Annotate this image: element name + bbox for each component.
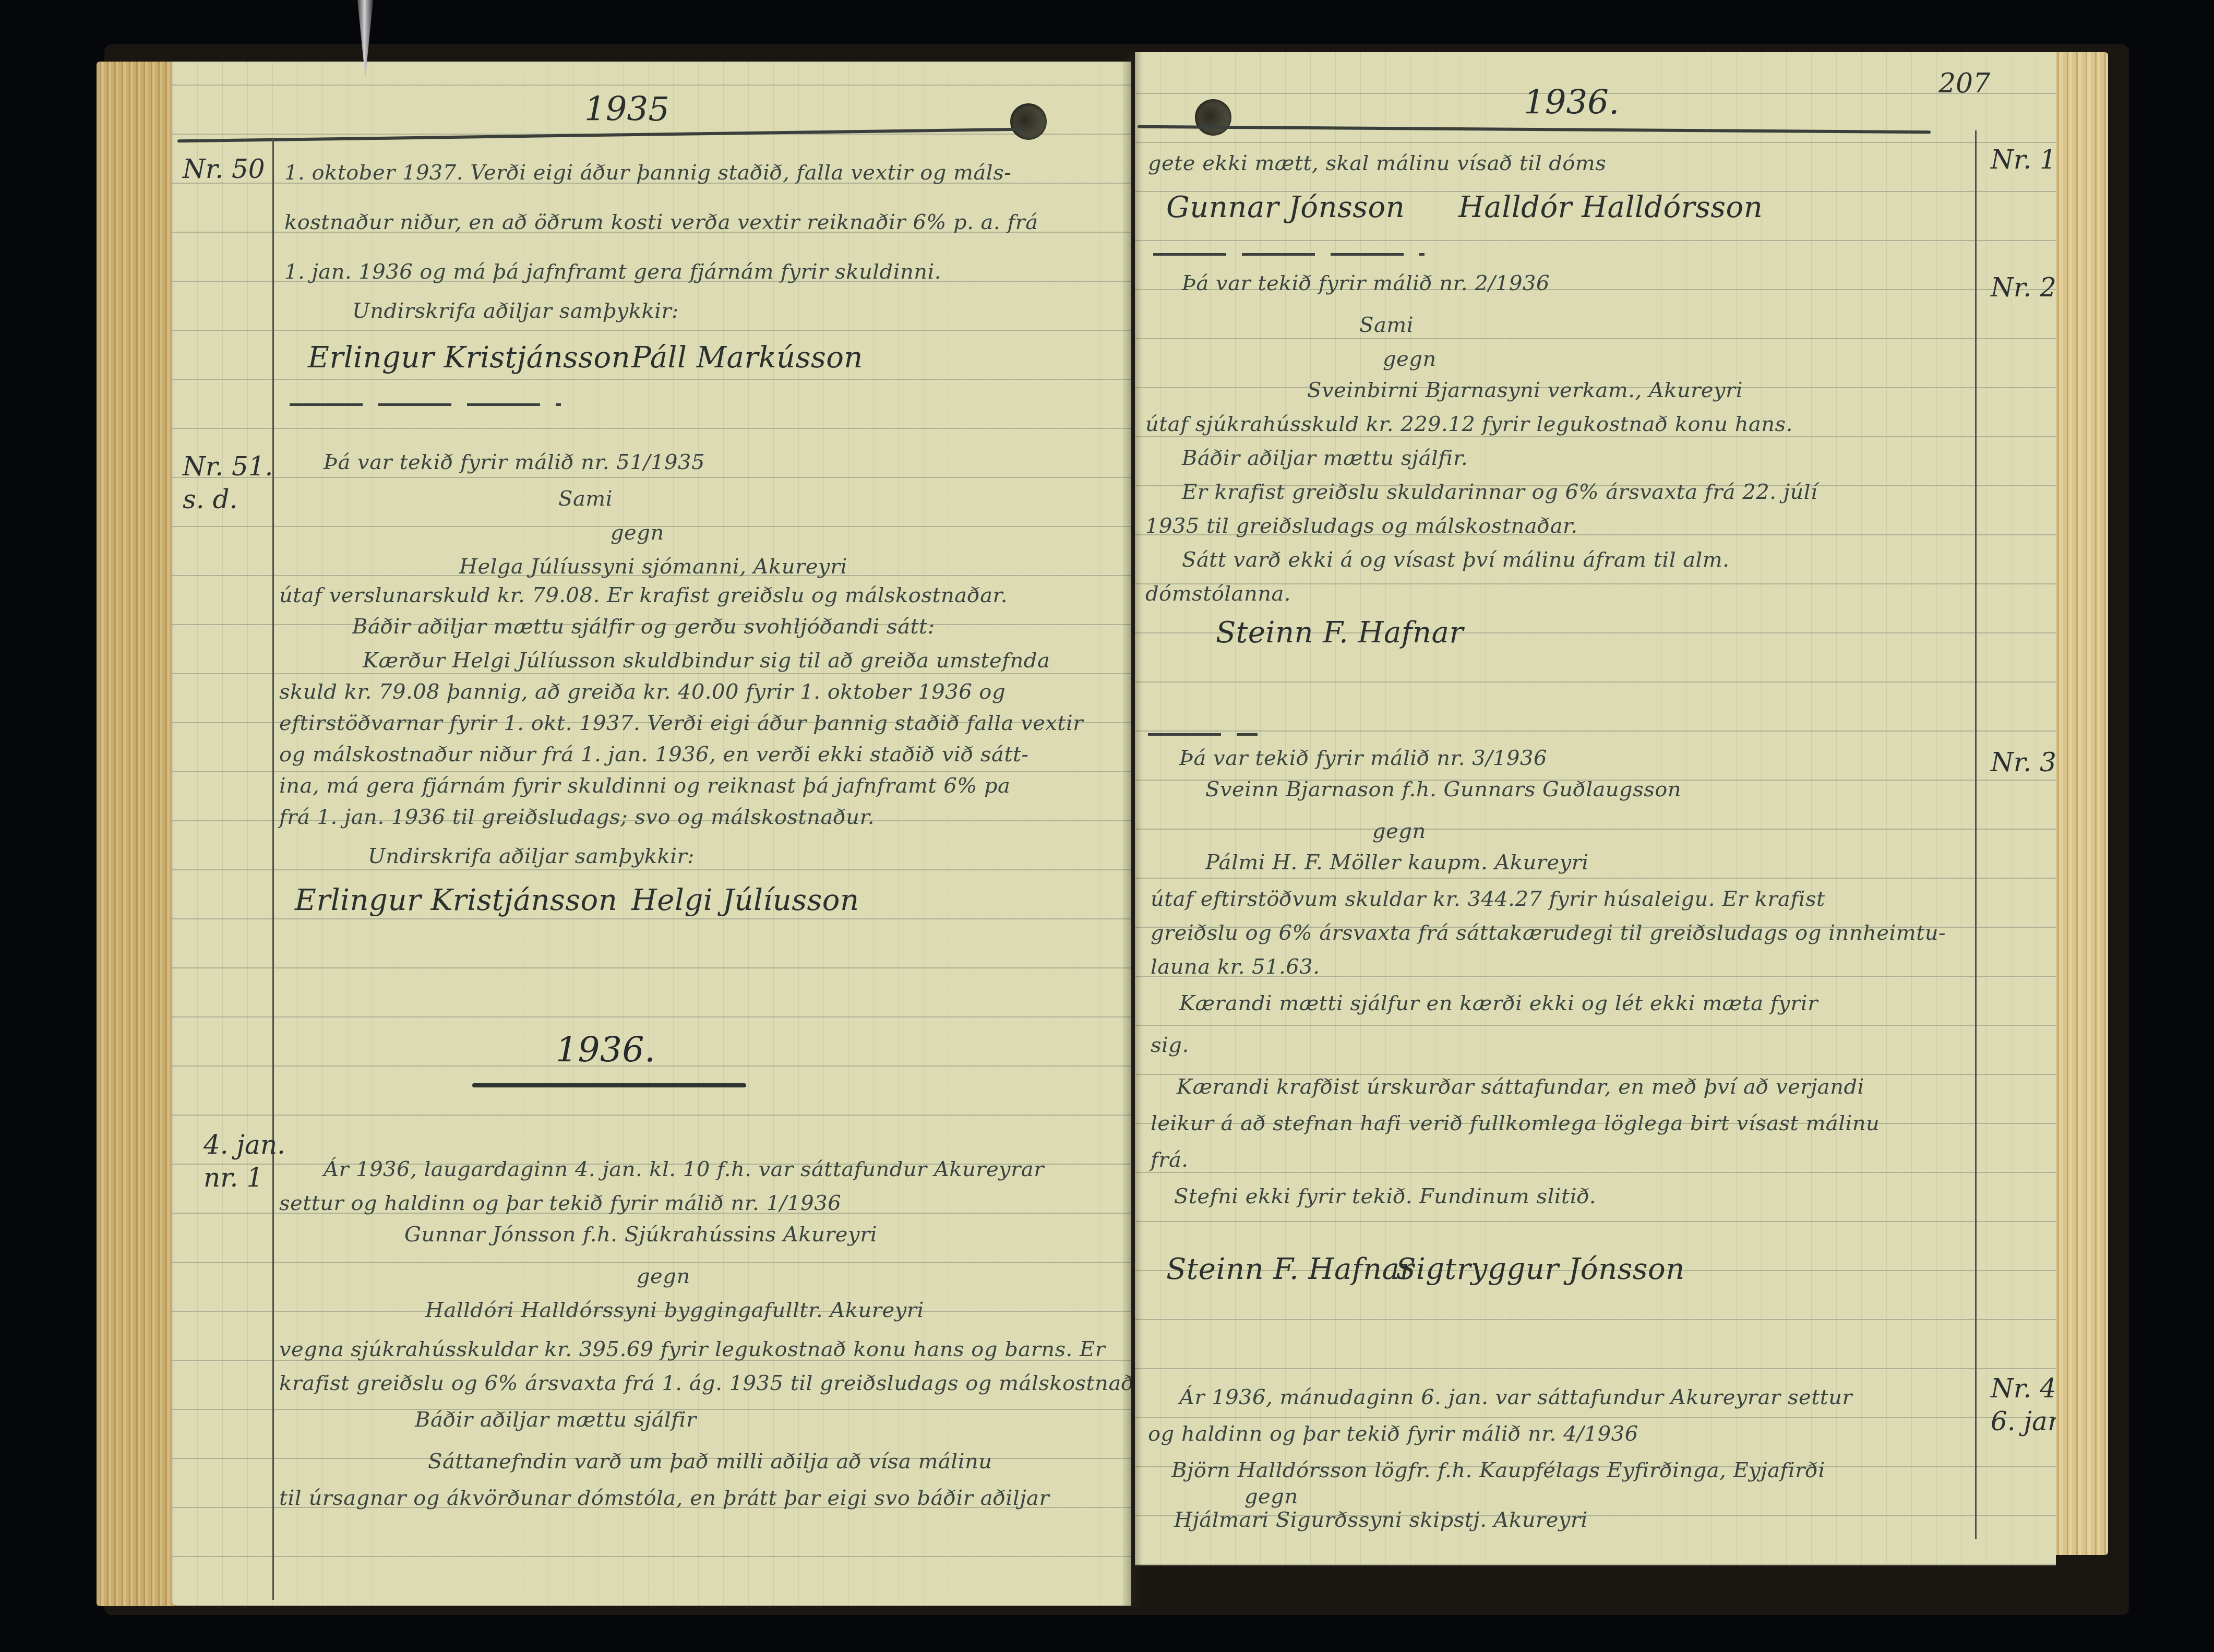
text-line: kostnaður niður, en að öðrum kosti verða… (284, 210, 1038, 234)
text-line: og málskostnaður niður frá 1. jan. 1936,… (279, 743, 1029, 767)
entry-number-50: Nr. 50 (183, 153, 265, 186)
entry-number-4: Nr. 4 6. jan (1991, 1372, 2056, 1438)
signature: Steinn F. Hafnar (1216, 616, 1464, 650)
text-line: sig. (1151, 1033, 1189, 1057)
margin-column-rule (1975, 130, 1977, 1539)
right-page: 1936. 207 Nr. 1. gete ekki mætt, skal má… (1135, 52, 2056, 1565)
text-line: Pálmi H. F. Möller kaupm. Akureyri (1205, 851, 1589, 875)
header-rule (177, 128, 1023, 143)
separator-rule (290, 403, 561, 406)
text-line: Sáttanefndin varð um það milli aðilja að… (428, 1450, 992, 1474)
text-line: skuld kr. 79.08 þannig, að greiða kr. 40… (279, 680, 1006, 704)
text-line: Báðir aðiljar mættu sjálfir og gerðu svo… (352, 615, 935, 639)
text-line: útaf eftirstöðvum skuldar kr. 344.27 fyr… (1151, 887, 1825, 911)
punch-hole (1010, 103, 1047, 140)
text-line: Sami (1359, 313, 1414, 337)
text-line: Þá var tekið fyrir málið nr. 2/1936 (1182, 271, 1550, 295)
text-line: Sveinn Bjarnason f.h. Gunnars Guðlaugsso… (1205, 777, 1681, 801)
text-line: leikur á að stefnan hafi verið fullkomle… (1151, 1111, 1880, 1135)
text-line: Kærandi krafðist úrskurðar sáttafundar, … (1177, 1075, 1864, 1099)
section-year-heading: 1936. (556, 1029, 655, 1070)
text-line: greiðslu og 6% ársvaxta frá sáttakærudeg… (1151, 921, 1946, 945)
text-line: Helga Júlíussyni sjómanni, Akureyri (459, 555, 847, 579)
separator-rule (1148, 733, 1258, 736)
text-line: Björn Halldórsson lögfr. f.h. Kaupfélags… (1171, 1458, 1825, 1482)
book-gutter (1122, 52, 1143, 1607)
text-line: Sami (558, 487, 613, 511)
text-line: Sátt varð ekki á og vísast því málinu áf… (1182, 548, 1729, 572)
text-line: Ár 1936, mánudaginn 6. jan. var sáttafun… (1179, 1385, 1852, 1409)
text-line: launa kr. 51.63. (1151, 955, 1320, 979)
text-line: Gunnar Jónsson f.h. Sjúkrahússins Akurey… (404, 1223, 877, 1247)
signature: Páll Markússon (631, 341, 863, 375)
text-line: Báðir aðiljar mættu sjálfir (415, 1408, 697, 1432)
text-line: til úrsagnar og ákvörðunar dómstóla, en … (279, 1486, 1049, 1510)
text-line: Hjálmari Sigurðssyni skipstj. Akureyri (1174, 1508, 1588, 1532)
signature: Sigtryggur Jónsson (1396, 1252, 1685, 1286)
text-line: Sveinbirni Bjarnasyni verkam., Akureyri (1307, 378, 1743, 402)
text-line: frá. (1151, 1148, 1189, 1172)
header-rule (1138, 125, 1931, 134)
text-line: krafist greiðslu og 6% ársvaxta frá 1. á… (279, 1371, 1131, 1395)
text-line: gegn (611, 521, 664, 545)
text-line: og haldinn og þar tekið fyrir málið nr. … (1148, 1422, 1638, 1446)
text-line: 1. jan. 1936 og má þá jafnframt gera fjá… (284, 260, 941, 284)
text-line: Báðir aðiljar mættu sjálfir. (1182, 446, 1468, 470)
text-line: settur og haldinn og þar tekið fyrir mál… (279, 1191, 841, 1215)
text-line: útaf sjúkrahússkuld kr. 229.12 fyrir leg… (1145, 412, 1793, 436)
signature: Steinn F. Hafnar (1166, 1252, 1414, 1286)
text-line: gegn (1383, 347, 1437, 371)
text-line: gegn (1372, 819, 1426, 843)
text-line: gegn (1244, 1485, 1298, 1509)
entry-number-3: Nr. 3. (1991, 746, 2056, 779)
left-page-edges (97, 62, 175, 1606)
page-number: 207 (1938, 68, 1990, 99)
signature: Gunnar Jónsson (1166, 190, 1405, 224)
left-page-year-header: 1935 (584, 90, 669, 129)
signature: Helgi Júlíusson (631, 883, 859, 917)
text-line: dómstólanna. (1145, 582, 1291, 606)
text-line: ina, má gera fjárnám fyrir skuldinni og … (279, 774, 1010, 798)
text-line: Er krafist greiðslu skuldarinnar og 6% á… (1182, 480, 1817, 504)
left-page: 1935 Nr. 50 1. oktober 1937. Verði eigi … (172, 62, 1131, 1606)
right-page-year-header: 1936. (1524, 83, 1619, 122)
text-line: Þá var tekið fyrir málið nr. 51/1935 (324, 450, 705, 474)
entry-number-1: Nr. 1. (1991, 143, 2056, 176)
entry-date-4-jan: 4. jan. nr. 1 (204, 1129, 285, 1194)
text-line: Undirskrifa aðiljar samþykkir: (368, 844, 695, 868)
entry-number-2: Nr. 2 (1991, 271, 2056, 304)
signature: Erlingur Kristjánsson (295, 883, 617, 917)
separator-rule (1153, 253, 1425, 256)
punch-hole (1195, 99, 1231, 136)
text-line: gete ekki mætt, skal málinu vísað til dó… (1148, 151, 1606, 175)
heading-underline (472, 1083, 746, 1087)
entry-number-51: Nr. 51. s. d. (183, 450, 273, 516)
signature: Halldór Halldórsson (1458, 190, 1763, 224)
text-line: Þá var tekið fyrir málið nr. 3/1936 (1179, 746, 1547, 770)
margin-column-rule (272, 139, 274, 1600)
signature: Erlingur Kristjánsson (308, 341, 630, 375)
text-line: 1. oktober 1937. Verði eigi áður þannig … (284, 161, 1011, 185)
text-line: vegna sjúkrahússkuldar kr. 395.69 fyrir … (279, 1337, 1105, 1361)
text-line: Kærður Helgi Júlíusson skuldbindur sig t… (363, 649, 1050, 673)
text-line: frá 1. jan. 1936 til greiðsludags; svo o… (279, 805, 875, 829)
text-line: Halldóri Halldórssyni byggingafulltr. Ak… (425, 1298, 924, 1322)
text-line: Ár 1936, laugardaginn 4. jan. kl. 10 f.h… (324, 1157, 1044, 1181)
text-line: eftirstöðvarnar fyrir 1. okt. 1937. Verð… (279, 711, 1083, 735)
right-page-edges (2053, 52, 2108, 1555)
text-line: gegn (637, 1264, 690, 1288)
text-line: 1935 til greiðsludags og málskostnaðar. (1145, 514, 1577, 538)
text-line: Stefni ekki fyrir tekið. Fundinum slitið… (1174, 1184, 1596, 1208)
text-line: útaf verslunarskuld kr. 79.08. Er krafis… (279, 583, 1008, 607)
text-line: Kærandi mætti sjálfur en kærði ekki og l… (1179, 991, 1818, 1015)
text-line: Undirskrifa aðiljar samþykkir: (352, 299, 679, 323)
